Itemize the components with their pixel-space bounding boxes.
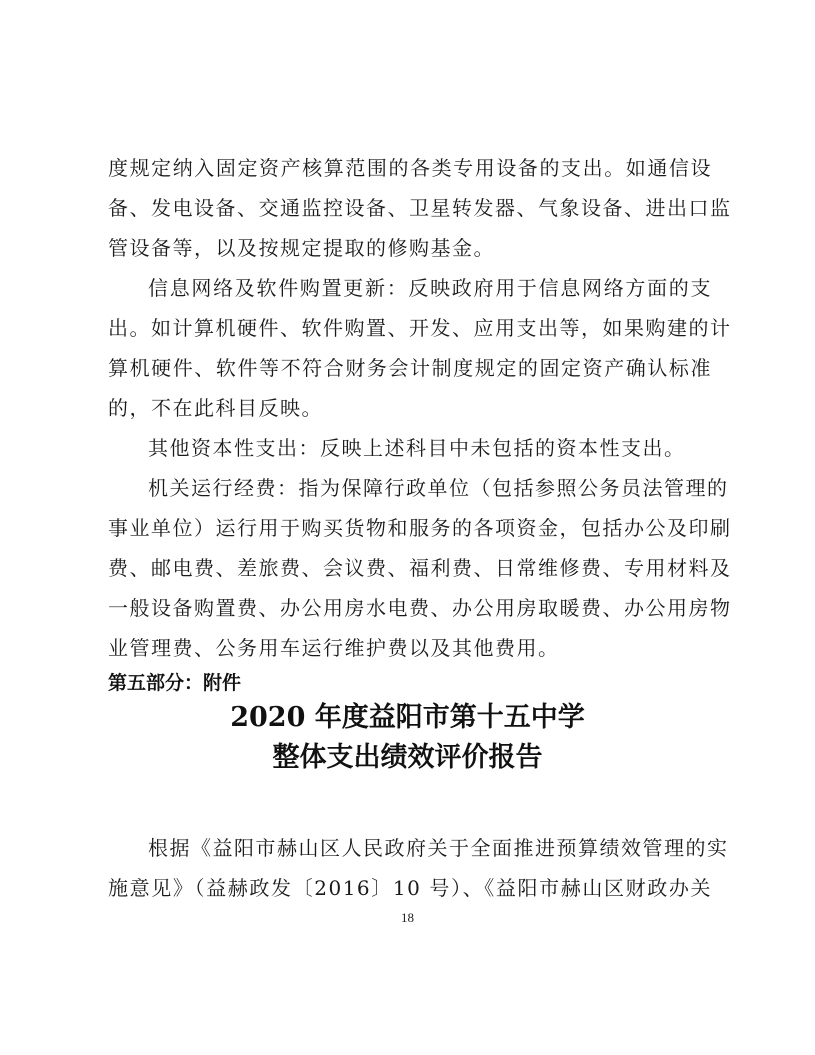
paragraph-line: 出。如计算机硬件、软件购置、开发、应用支出等，如果购建的计 <box>108 308 712 348</box>
document-page: 度规定纳入固定资产核算范围的各类专用设备的支出。如通信设 备、发电设备、交通监控… <box>0 0 815 1055</box>
paragraph-line: 备、发电设备、交通监控设备、卫星转发器、气象设备、进出口监 <box>108 188 712 228</box>
report-title-line-2: 整体支出绩效评价报告 <box>0 738 815 778</box>
paragraph-line: 施意见》（益赫政发〔2016〕10 号）、《益阳市赫山区财政办关 <box>108 868 712 908</box>
paragraph-line: 度规定纳入固定资产核算范围的各类专用设备的支出。如通信设 <box>108 148 712 188</box>
paragraph-line: 管设备等，以及按规定提取的修购基金。 <box>108 228 712 268</box>
paragraph-line: 机关运行经费：指为保障行政单位（包括参照公务员法管理的 <box>108 468 712 508</box>
paragraph-line: 业管理费、公务用车运行维护费以及其他费用。 <box>108 628 712 668</box>
paragraph-line: 根据《益阳市赫山区人民政府关于全面推进预算绩效管理的实 <box>108 828 712 868</box>
paragraph-line: 信息网络及软件购置更新：反映政府用于信息网络方面的支 <box>108 268 712 308</box>
paragraph-line: 费、邮电费、差旅费、会议费、福利费、日常维修费、专用材料及 <box>108 548 712 588</box>
paragraph-line: 事业单位）运行用于购买货物和服务的各项资金，包括办公及印刷 <box>108 508 712 548</box>
section-heading: 第五部分：附件 <box>108 668 241 698</box>
paragraph-line: 其他资本性支出：反映上述科目中未包括的资本性支出。 <box>108 428 712 468</box>
page-number: 18 <box>0 910 815 926</box>
paragraph-line: 的，不在此科目反映。 <box>108 388 712 428</box>
report-title-line-1: 2020 年度益阳市第十五中学 <box>0 698 815 738</box>
paragraph-line: 算机硬件、软件等不符合财务会计制度规定的固定资产确认标准 <box>108 348 712 388</box>
paragraph-line: 一般设备购置费、办公用房水电费、办公用房取暖费、办公用房物 <box>108 588 712 628</box>
